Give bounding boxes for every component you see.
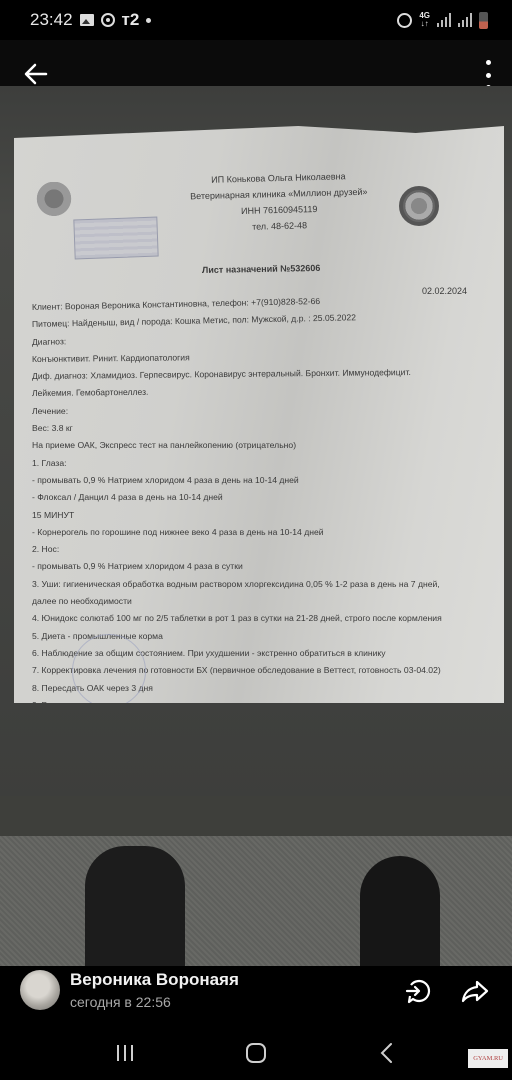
arrow-left-icon (22, 60, 50, 88)
back-button[interactable] (22, 60, 50, 88)
signal-icon (437, 13, 451, 27)
doctor-label: Врач (32, 752, 52, 762)
share-button[interactable] (460, 976, 490, 1006)
document-line: 15 МИНУТ (32, 510, 502, 527)
signature-row: ВрачТомилова/ Томилова Екатерина Василье… (32, 752, 502, 769)
document-line: далее по необходимости (32, 596, 502, 613)
clinic-stamp (73, 217, 158, 260)
more-vertical-icon (486, 73, 491, 78)
more-vertical-icon (486, 60, 491, 65)
document-line: - Корнерогель по горошине под нижнее век… (32, 527, 502, 544)
alarm-icon (397, 13, 412, 28)
round-emblem (399, 186, 439, 226)
prescription-document: ИП Конькова Ольга Николаевна Ветеринарна… (14, 126, 504, 703)
signature-line (54, 759, 169, 760)
watermark: GYAM.RU (468, 1049, 508, 1068)
clinic-logo (36, 182, 72, 224)
document-line: Лечение: (32, 406, 502, 423)
notification-dot-icon (146, 18, 151, 23)
document-title: Лист назначений №532606 (202, 263, 320, 275)
repost-button[interactable] (402, 976, 432, 1006)
document-line: На приеме ОАК, Экспресс тест на панлейко… (32, 440, 502, 457)
author-name[interactable]: Вероника Воронаяя (70, 970, 239, 990)
boot (360, 856, 440, 966)
document-line: - прием кардиолога по записи в ближайшее… (32, 717, 502, 734)
document-line: 3. Уши: гигиеническая обработка водным р… (32, 579, 502, 596)
status-left: 23:42 т2 (30, 10, 151, 30)
system-nav-bar (0, 1026, 512, 1080)
doctor-name: / Томилова Екатерина Васильевна (171, 752, 310, 762)
repost-icon (402, 976, 432, 1006)
document-line: - прием офтальмолога по записи в ближайш… (32, 734, 502, 751)
clock: 23:42 (30, 10, 73, 30)
document-line: 2. Нос: (32, 544, 502, 561)
signal-icon (458, 13, 472, 27)
network-type-label: 4G (419, 11, 430, 20)
table-edge (0, 796, 512, 836)
gallery-icon (80, 14, 94, 26)
document-line: Вес: 3.8 кг (32, 423, 502, 440)
4g-data-icon: 4G↓↑ (419, 12, 430, 28)
floor-background (0, 826, 512, 966)
status-bar: 23:42 т2 4G↓↑ (0, 0, 512, 40)
battery-icon (479, 12, 488, 29)
system-back-button[interactable] (367, 1033, 407, 1073)
share-icon (460, 976, 490, 1006)
document-line: - Флоксал / Данцил 4 раза в день на 10-1… (32, 492, 502, 509)
home-button[interactable] (236, 1033, 276, 1073)
document-line: 1. Глаза: (32, 458, 502, 475)
document-line: - промывать 0,9 % Натрием хлоридом 4 раз… (32, 475, 502, 492)
status-right: 4G↓↑ (397, 12, 488, 29)
boot (85, 846, 185, 966)
photo-viewer[interactable]: ИП Конькова Ольга Николаевна Ветеринарна… (0, 86, 512, 966)
t2-carrier-icon: т2 (122, 10, 140, 30)
round-stamp (72, 634, 146, 708)
document-header: ИП Конькова Ольга Николаевна Ветеринарна… (163, 167, 395, 237)
sync-icon (101, 13, 115, 27)
recents-button[interactable] (105, 1033, 145, 1073)
post-time: сегодня в 22:56 (70, 994, 171, 1010)
document-line: 4. Юнидокс солютаб 100 мг по 2/5 таблетк… (32, 613, 502, 630)
back-icon (377, 1042, 397, 1064)
recents-icon (117, 1045, 133, 1061)
handwritten-signature: Томилова (84, 746, 156, 762)
document-line: - промывать 0,9 % Натрием хлоридом 4 раз… (32, 561, 502, 578)
home-icon (246, 1043, 266, 1063)
avatar[interactable] (20, 970, 60, 1010)
document-line: Лейкемия. Гемобартонеллез. (32, 384, 502, 406)
